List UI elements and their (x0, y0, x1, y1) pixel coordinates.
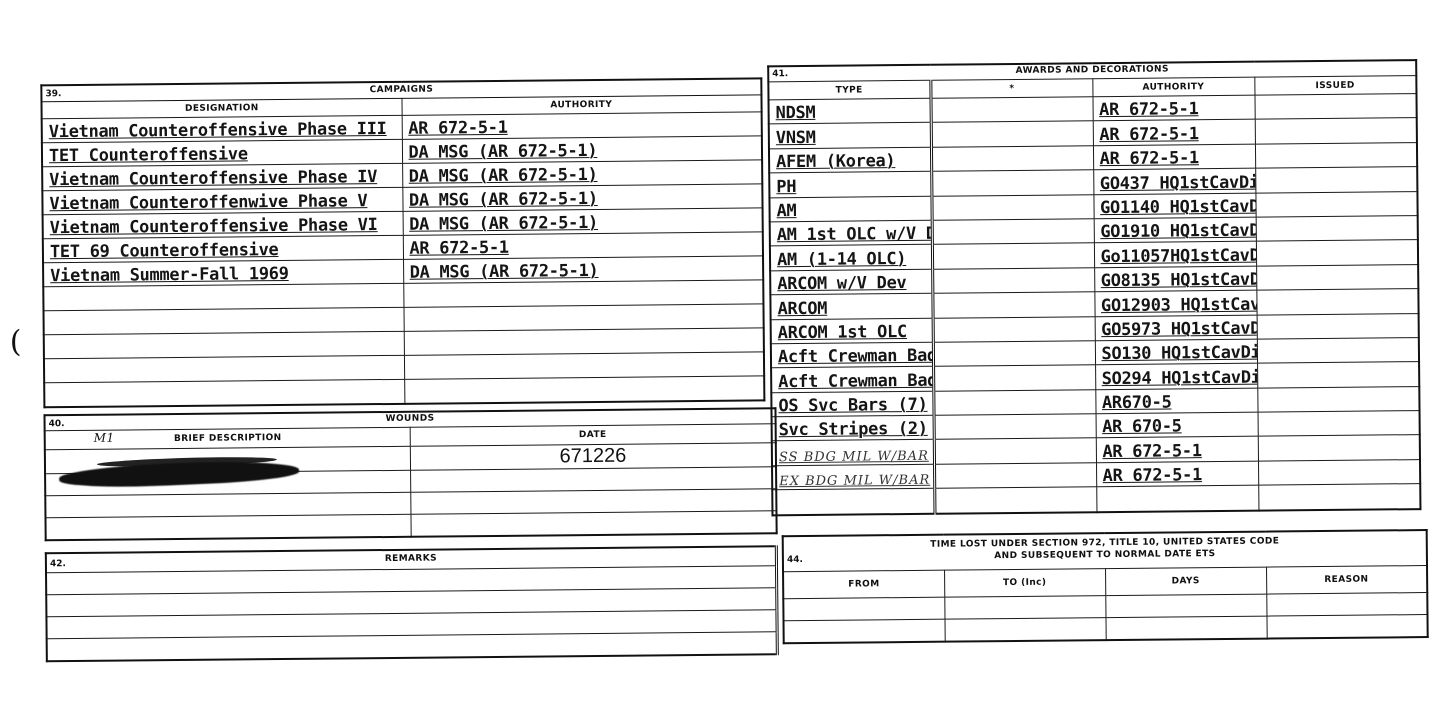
award-type: AFEM (Korea) (769, 147, 931, 173)
award-type: AM (1-14 OLC) (770, 245, 932, 271)
award-type: Acft Crewman Badge (771, 367, 933, 393)
award-authority: SO294 HQ1stCavDiv(AM) (1095, 363, 1257, 389)
award-authority: AR 670-5 (1096, 412, 1258, 438)
award-type-text: OS Svc Bars (7) (778, 395, 927, 416)
award-authority-column-header: AUTHORITY (1092, 77, 1254, 97)
brief-description-column-header: M1 BRIEF DESCRIPTION (45, 427, 411, 450)
award-star (934, 463, 1096, 489)
award-type-text: NDSM (776, 103, 816, 123)
award-issued (1255, 118, 1417, 144)
campaign-authority: DA MSG (AR 672-5-1) (402, 184, 762, 211)
award-authority-text: AR 672-5-1 (1099, 124, 1199, 145)
campaign-authority: AR 672-5-1 (402, 112, 762, 139)
campaign-designation-text: Vietnam Counteroffensive Phase VI (50, 215, 378, 238)
award-authority: Go11057HQ1stCavDiv (1094, 242, 1256, 268)
award-star (932, 267, 1094, 293)
award-issued (1258, 435, 1420, 461)
campaign-designation: Vietnam Summer-Fall 1969 (43, 259, 403, 286)
award-star (933, 389, 1095, 415)
award-star (933, 341, 1095, 367)
award-issued (1257, 386, 1419, 412)
campaign-designation: Vietnam Counteroffenwive Phase V (42, 187, 402, 214)
campaign-authority-text: DA MSG (AR 672-5-1) (410, 261, 599, 283)
wounds-title: WOUNDS (46, 410, 775, 427)
award-authority-text: GO5973 HQ1stCavDiv 1969 (1101, 318, 1257, 340)
award-star (931, 121, 1093, 147)
award-authority-text: GO1140 HQ1stCavDiv(AM) (1100, 196, 1256, 218)
award-type: Svc Stripes (2) (772, 415, 934, 441)
award-authority: GO437 HQ1stCavDiv (AM) (1093, 168, 1255, 194)
awards-table: 41. AWARDS AND DECORATIONS TYPE * AUTHOR… (767, 59, 1421, 516)
campaign-designation (44, 355, 404, 382)
campaign-designation (44, 331, 404, 358)
campaign-designation: Vietnam Counteroffensive Phase III (42, 115, 402, 142)
award-star (933, 316, 1095, 342)
award-type-text: Acft Crewman Badge (778, 346, 933, 368)
award-type-text: SS BDG MIL W/BAR (779, 449, 929, 465)
time-lost-to (944, 596, 1105, 620)
award-type-text: ARCOM w/V Dev (777, 273, 906, 294)
campaign-authority (404, 352, 764, 379)
award-star (932, 292, 1094, 318)
award-type: ARCOM w/V Dev (770, 269, 932, 295)
award-authority-text: GO12903 HQ1stCavDiv1968 (1101, 293, 1257, 315)
awards-title: AWARDS AND DECORATIONS (769, 62, 1415, 78)
time-lost-days (1105, 616, 1266, 640)
margin-bracket: ( (10, 325, 22, 360)
award-issued (1258, 411, 1420, 437)
award-authority-text: SO294 HQ1stCavDiv(AM) (1102, 367, 1258, 389)
award-star (930, 97, 1092, 123)
remarks-title: REMARKS (47, 550, 775, 567)
days-column-header: DAYS (1105, 567, 1266, 596)
award-issued (1257, 362, 1419, 388)
time-lost-reason (1266, 593, 1427, 617)
campaign-authority-text: DA MSG (AR 672-5-1) (409, 189, 598, 211)
award-issued (1256, 216, 1418, 242)
award-authority-text: AR 672-5-1 (1099, 100, 1199, 121)
from-column-header: FROM (783, 570, 944, 599)
campaign-authority-text: DA MSG (AR 672-5-1) (408, 141, 597, 163)
award-authority: SO130 HQ1stCavDiv(AM) (1095, 339, 1257, 365)
campaign-authority: DA MSG (AR 672-5-1) (403, 256, 763, 283)
campaign-designation (43, 283, 403, 310)
award-type: AM 1st OLC w/V Dev (770, 220, 932, 246)
award-type: EX BDG MIL W/BAR (772, 464, 934, 490)
campaign-designation-text: Vietnam Counteroffensive Phase IV (49, 167, 377, 190)
award-type-text: Svc Stripes (2) (779, 419, 928, 440)
award-type (772, 489, 934, 515)
award-issued (1257, 338, 1419, 364)
award-authority: GO5973 HQ1stCavDiv 1969 (1095, 315, 1257, 341)
award-authority: AR 672-5-1 (1092, 95, 1254, 121)
award-issued (1258, 459, 1420, 485)
campaign-authority-text: AR 672-5-1 (409, 238, 509, 259)
award-issued (1258, 484, 1420, 510)
wound-handwritten-mark: M1 (94, 431, 115, 445)
award-authority-text: SO130 HQ1stCavDiv(AM) (1101, 342, 1257, 364)
remarks-table: 42. REMARKS (45, 545, 779, 662)
award-type: SS BDG MIL W/BAR (772, 440, 934, 466)
award-issued (1257, 313, 1419, 339)
award-star (934, 414, 1096, 440)
award-authority-text: AR670-5 (1102, 393, 1172, 414)
campaign-designation: Vietnam Counteroffensive Phase IV (42, 163, 402, 190)
award-authority (1096, 485, 1258, 511)
award-authority-text: GO8135 HQ1stCavDiv 1968 (1101, 269, 1257, 291)
time-lost-section-header: 44. TIME LOST UNDER SECTION 972, TITLE 1… (783, 530, 1427, 572)
campaigns-title: CAMPAIGNS (42, 81, 760, 98)
award-authority: GO12903 HQ1stCavDiv1968 (1094, 290, 1256, 316)
award-issued (1256, 289, 1418, 315)
time-lost-reason (1266, 615, 1427, 639)
time-lost-from (784, 619, 945, 643)
award-authority-text: AR 672-5-1 (1103, 465, 1203, 486)
time-lost-row (784, 615, 1428, 644)
award-star (932, 243, 1094, 269)
campaign-authority-text: AR 672-5-1 (408, 118, 508, 139)
award-star (932, 219, 1094, 245)
campaign-designation-text: TET Counteroffensive (49, 144, 248, 166)
award-authority: AR 672-5-1 (1093, 144, 1255, 170)
campaign-authority (404, 328, 764, 355)
award-type-text: ARCOM (777, 298, 827, 318)
award-type-text: AFEM (Korea) (776, 151, 895, 172)
award-type-text: ARCOM 1st OLC (778, 322, 907, 343)
time-lost-to (944, 618, 1105, 642)
award-star (931, 170, 1093, 196)
award-type-text: AM 1st OLC w/V Dev (777, 224, 932, 246)
campaign-authority: DA MSG (AR 672-5-1) (402, 160, 762, 187)
campaign-authority: DA MSG (AR 672-5-1) (402, 136, 762, 163)
award-issued (1256, 264, 1418, 290)
star-column-header: * (930, 79, 1092, 99)
award-authority: GO8135 HQ1stCavDiv 1968 (1094, 266, 1256, 292)
award-issued (1254, 94, 1416, 120)
to-column-header: TO (Inc) (944, 569, 1105, 598)
award-authority-text: GO1910 HQ1stCavDiv (1100, 221, 1256, 243)
award-authority-text: AR 670-5 (1102, 417, 1182, 438)
award-type: ARCOM 1st OLC (771, 318, 933, 344)
award-type: AM (769, 196, 931, 222)
award-type-text: AM (1-14 OLC) (777, 249, 906, 270)
award-authority: GO1140 HQ1stCavDiv(AM) (1093, 193, 1255, 219)
wound-date-text: 671226 (559, 445, 626, 468)
campaigns-table: 39. CAMPAIGNS DESIGNATION AUTHORITY Viet… (40, 77, 765, 408)
award-authority: AR 672-5-1 (1096, 437, 1258, 463)
time-lost-table: 44. TIME LOST UNDER SECTION 972, TITLE 1… (782, 529, 1429, 644)
award-issued (1255, 191, 1417, 217)
wound-date (411, 511, 777, 537)
award-authority-text: AR 672-5-1 (1102, 441, 1202, 462)
issued-column-header: ISSUED (1254, 76, 1416, 96)
award-issued (1255, 167, 1417, 193)
award-star (934, 438, 1096, 464)
award-type: NDSM (769, 98, 931, 124)
campaign-designation: TET 69 Counteroffensive (43, 235, 403, 262)
campaign-designation: TET Counteroffensive (42, 139, 402, 166)
award-type-text: Acft Crewman Badge (778, 370, 933, 392)
award-authority: AR670-5 (1095, 388, 1257, 414)
award-issued (1256, 240, 1418, 266)
time-lost-days (1105, 594, 1266, 618)
award-authority-text: Go11057HQ1stCavDiv (1100, 245, 1256, 267)
campaign-designation (44, 379, 404, 407)
award-type-text: VNSM (776, 128, 816, 148)
award-authority: AR 672-5-1 (1096, 461, 1258, 487)
award-type-text: EX BDG MIL W/BAR (779, 473, 930, 489)
campaign-authority: DA MSG (AR 672-5-1) (403, 208, 763, 235)
wound-date: 671226 (410, 443, 776, 471)
award-type: OS Svc Bars (7) (771, 391, 933, 417)
campaign-authority-text: DA MSG (AR 672-5-1) (409, 213, 598, 235)
campaign-authority-text: DA MSG (AR 672-5-1) (409, 165, 598, 187)
campaign-designation: Vietnam Counteroffensive Phase VI (43, 211, 403, 238)
award-type-column-header: TYPE (768, 80, 930, 100)
campaign-designation-text: Vietnam Counteroffensive Phase III (49, 119, 387, 142)
award-issued (1255, 142, 1417, 168)
campaign-designation-text: TET 69 Counteroffensive (50, 240, 279, 262)
award-authority: GO1910 HQ1stCavDiv (1094, 217, 1256, 243)
award-authority: AR 672-5-1 (1093, 120, 1255, 146)
brief-description-label: BRIEF DESCRIPTION (174, 433, 282, 444)
reason-column-header: REASON (1266, 566, 1427, 595)
award-type: PH (769, 171, 931, 197)
campaign-designation (43, 307, 403, 334)
campaign-authority (403, 280, 763, 307)
award-star (931, 145, 1093, 171)
award-authority-text: AR 672-5-1 (1099, 148, 1199, 169)
campaign-authority: AR 672-5-1 (403, 232, 763, 259)
award-star (931, 194, 1093, 220)
award-type: ARCOM (770, 293, 932, 319)
service-record-page: 39. CAMPAIGNS DESIGNATION AUTHORITY Viet… (0, 0, 1452, 713)
wound-description (45, 514, 411, 540)
award-authority-text: GO437 HQ1stCavDiv (AM) (1100, 172, 1256, 194)
award-type: Acft Crewman Badge (771, 342, 933, 368)
award-star (934, 487, 1096, 513)
campaign-designation-text: Vietnam Counteroffenwive Phase V (49, 191, 367, 214)
award-type: VNSM (769, 123, 931, 149)
campaign-authority (403, 304, 763, 331)
award-type-text: PH (776, 177, 796, 197)
time-lost-from (783, 597, 944, 621)
award-star (933, 365, 1095, 391)
award-type-text: AM (776, 201, 796, 221)
campaign-designation-text: Vietnam Summer-Fall 1969 (50, 264, 289, 286)
campaign-authority (404, 376, 764, 404)
